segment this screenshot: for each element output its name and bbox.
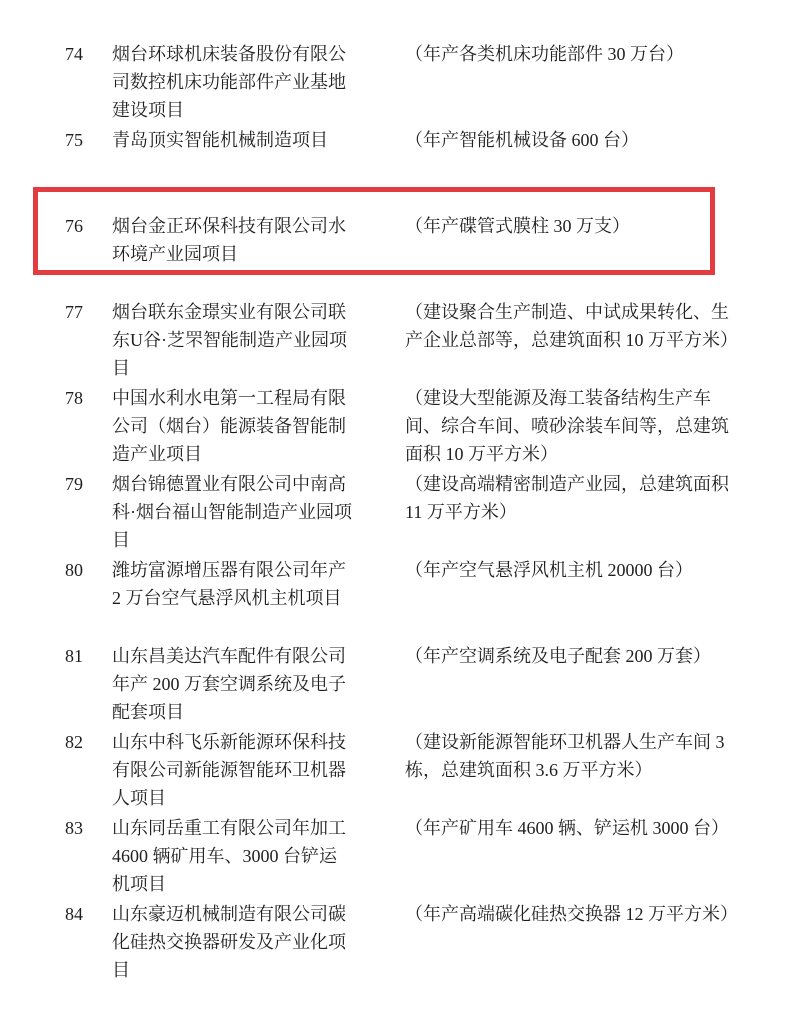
project-capacity: （建设新能源智能环卫机器人生产车间 3 栋，总建筑面积 3.6 万平方米） (405, 728, 736, 784)
project-row: 81 山东昌美达汽车配件有限公司年产 200 万套空调系统及电子配套项目 （年产… (65, 642, 800, 728)
project-row: 84 山东豪迈机械制造有限公司碳化硅热交换器研发及产业化项目 （年产高端碳化硅热… (65, 900, 800, 986)
project-capacity: （建设大型能源及海工装备结构生产车间、综合车间、喷砂涂装车间等，总建筑面积 10… (405, 384, 736, 468)
project-row: 79 烟台锦德置业有限公司中南高科·烟台福山智能制造产业园项目 （建设高端精密制… (65, 470, 800, 556)
project-capacity: （建设高端精密制造产业园，总建筑面积 11 万平方米） (405, 470, 736, 526)
project-number: 84 (65, 900, 112, 928)
project-capacity: （年产空气悬浮风机主机 20000 台） (405, 556, 736, 584)
project-row: 74 烟台环球机床装备股份有限公司数控机床功能部件产业基地建设项目 （年产各类机… (65, 40, 800, 126)
project-number: 77 (65, 298, 112, 326)
project-number: 75 (65, 126, 112, 154)
project-number: 76 (65, 212, 112, 240)
project-row: 83 山东同岳重工有限公司年加工 4600 辆矿用车、3000 台铲运机项目 （… (65, 814, 800, 900)
project-capacity: （年产矿用车 4600 辆、铲运机 3000 台） (405, 814, 736, 842)
project-number: 79 (65, 470, 112, 498)
project-row: 80 潍坊富源增压器有限公司年产 2 万台空气悬浮风机主机项目 （年产空气悬浮风… (65, 556, 800, 642)
project-number: 81 (65, 642, 112, 670)
project-number: 80 (65, 556, 112, 584)
project-row: 75 青岛顶实智能机械制造项目 （年产智能机械设备 600 台） (65, 126, 800, 212)
project-capacity: （年产智能机械设备 600 台） (405, 126, 736, 154)
project-name: 烟台锦德置业有限公司中南高科·烟台福山智能制造产业园项目 (112, 470, 353, 554)
project-row-highlighted: 76 烟台金正环保科技有限公司水环境产业园项目 （年产碟管式膜柱 30 万支） (65, 212, 800, 298)
project-name: 潍坊富源增压器有限公司年产 2 万台空气悬浮风机主机项目 (112, 556, 353, 612)
project-capacity: （年产各类机床功能部件 30 万台） (405, 40, 736, 68)
project-name: 烟台联东金璟实业有限公司联东U谷·芝罘智能制造产业园项目 (112, 298, 353, 382)
project-row: 78 中国水利水电第一工程局有限公司（烟台）能源装备智能制造产业项目 （建设大型… (65, 384, 800, 470)
project-row: 77 烟台联东金璟实业有限公司联东U谷·芝罘智能制造产业园项目 （建设聚合生产制… (65, 298, 800, 384)
document-page: 74 烟台环球机床装备股份有限公司数控机床功能部件产业基地建设项目 （年产各类机… (0, 0, 800, 1013)
project-number: 83 (65, 814, 112, 842)
project-name: 中国水利水电第一工程局有限公司（烟台）能源装备智能制造产业项目 (112, 384, 353, 468)
project-capacity: （年产高端碳化硅热交换器 12 万平方米） (405, 900, 736, 928)
project-number: 78 (65, 384, 112, 412)
project-name: 烟台金正环保科技有限公司水环境产业园项目 (112, 212, 353, 268)
project-name: 山东昌美达汽车配件有限公司年产 200 万套空调系统及电子配套项目 (112, 642, 353, 726)
project-number: 74 (65, 40, 112, 68)
project-capacity: （建设聚合生产制造、中试成果转化、生产企业总部等，总建筑面积 10 万平方米） (405, 298, 736, 354)
project-name: 山东中科飞乐新能源环保科技有限公司新能源智能环卫机器人项目 (112, 728, 353, 812)
project-number: 82 (65, 728, 112, 756)
project-capacity: （年产空调系统及电子配套 200 万套） (405, 642, 736, 670)
project-row: 82 山东中科飞乐新能源环保科技有限公司新能源智能环卫机器人项目 （建设新能源智… (65, 728, 800, 814)
project-name: 青岛顶实智能机械制造项目 (112, 126, 353, 154)
project-capacity: （年产碟管式膜柱 30 万支） (405, 212, 736, 240)
project-name: 烟台环球机床装备股份有限公司数控机床功能部件产业基地建设项目 (112, 40, 353, 124)
project-name: 山东同岳重工有限公司年加工 4600 辆矿用车、3000 台铲运机项目 (112, 814, 353, 898)
project-name: 山东豪迈机械制造有限公司碳化硅热交换器研发及产业化项目 (112, 900, 353, 984)
